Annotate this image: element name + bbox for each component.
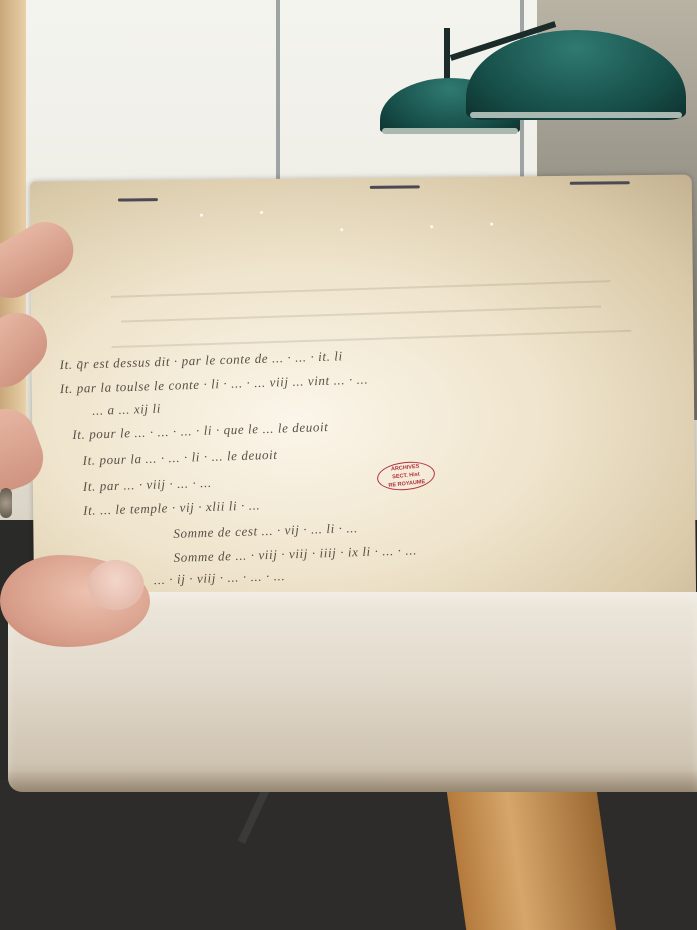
script-line: It. q̄r est dessus dit · par le conte de… xyxy=(59,348,343,373)
ring xyxy=(0,488,12,518)
binding-thread xyxy=(370,185,420,189)
binding-thread xyxy=(570,181,630,185)
roll-shadow xyxy=(8,770,697,792)
pin-hole xyxy=(430,225,433,228)
pin-hole xyxy=(490,223,493,226)
script-line: It. pour la ... · ... · li · ... le deuo… xyxy=(82,447,277,469)
lamp-rim xyxy=(470,112,682,118)
thumbnail xyxy=(88,560,144,610)
script-line: ... · ij · viij · ... · ... · ... xyxy=(154,568,286,588)
bleed-through xyxy=(121,305,601,322)
script-line: Somme de cest ... · vij · ... li · ... xyxy=(173,520,358,542)
script-line: Somme de ... · viij · viij · iiij · ix l… xyxy=(173,542,417,566)
photo-scene: It. q̄r est dessus dit · par le conte de… xyxy=(0,0,697,930)
script-line: It. par la toulse le conte · li · ... · … xyxy=(60,371,369,397)
parchment-sheet: It. q̄r est dessus dit · par le conte de… xyxy=(30,175,697,622)
binding-thread xyxy=(118,198,158,201)
script-line: It. pour le ... · ... · ... · li · que l… xyxy=(72,419,329,443)
pin-hole xyxy=(200,214,203,217)
bleed-through xyxy=(111,280,611,298)
lamp-rim xyxy=(382,128,518,134)
pin-hole xyxy=(340,228,343,231)
book-stand xyxy=(444,770,616,930)
script-line: It. ... le temple · vij · xlii li · ... xyxy=(83,497,261,519)
script-line: ... a ... xij li xyxy=(92,401,161,419)
bleed-through xyxy=(111,330,631,348)
window-mullion xyxy=(276,0,280,190)
pin-hole xyxy=(260,211,263,214)
script-line: It. par ... · viij · ... · ... xyxy=(83,475,212,495)
